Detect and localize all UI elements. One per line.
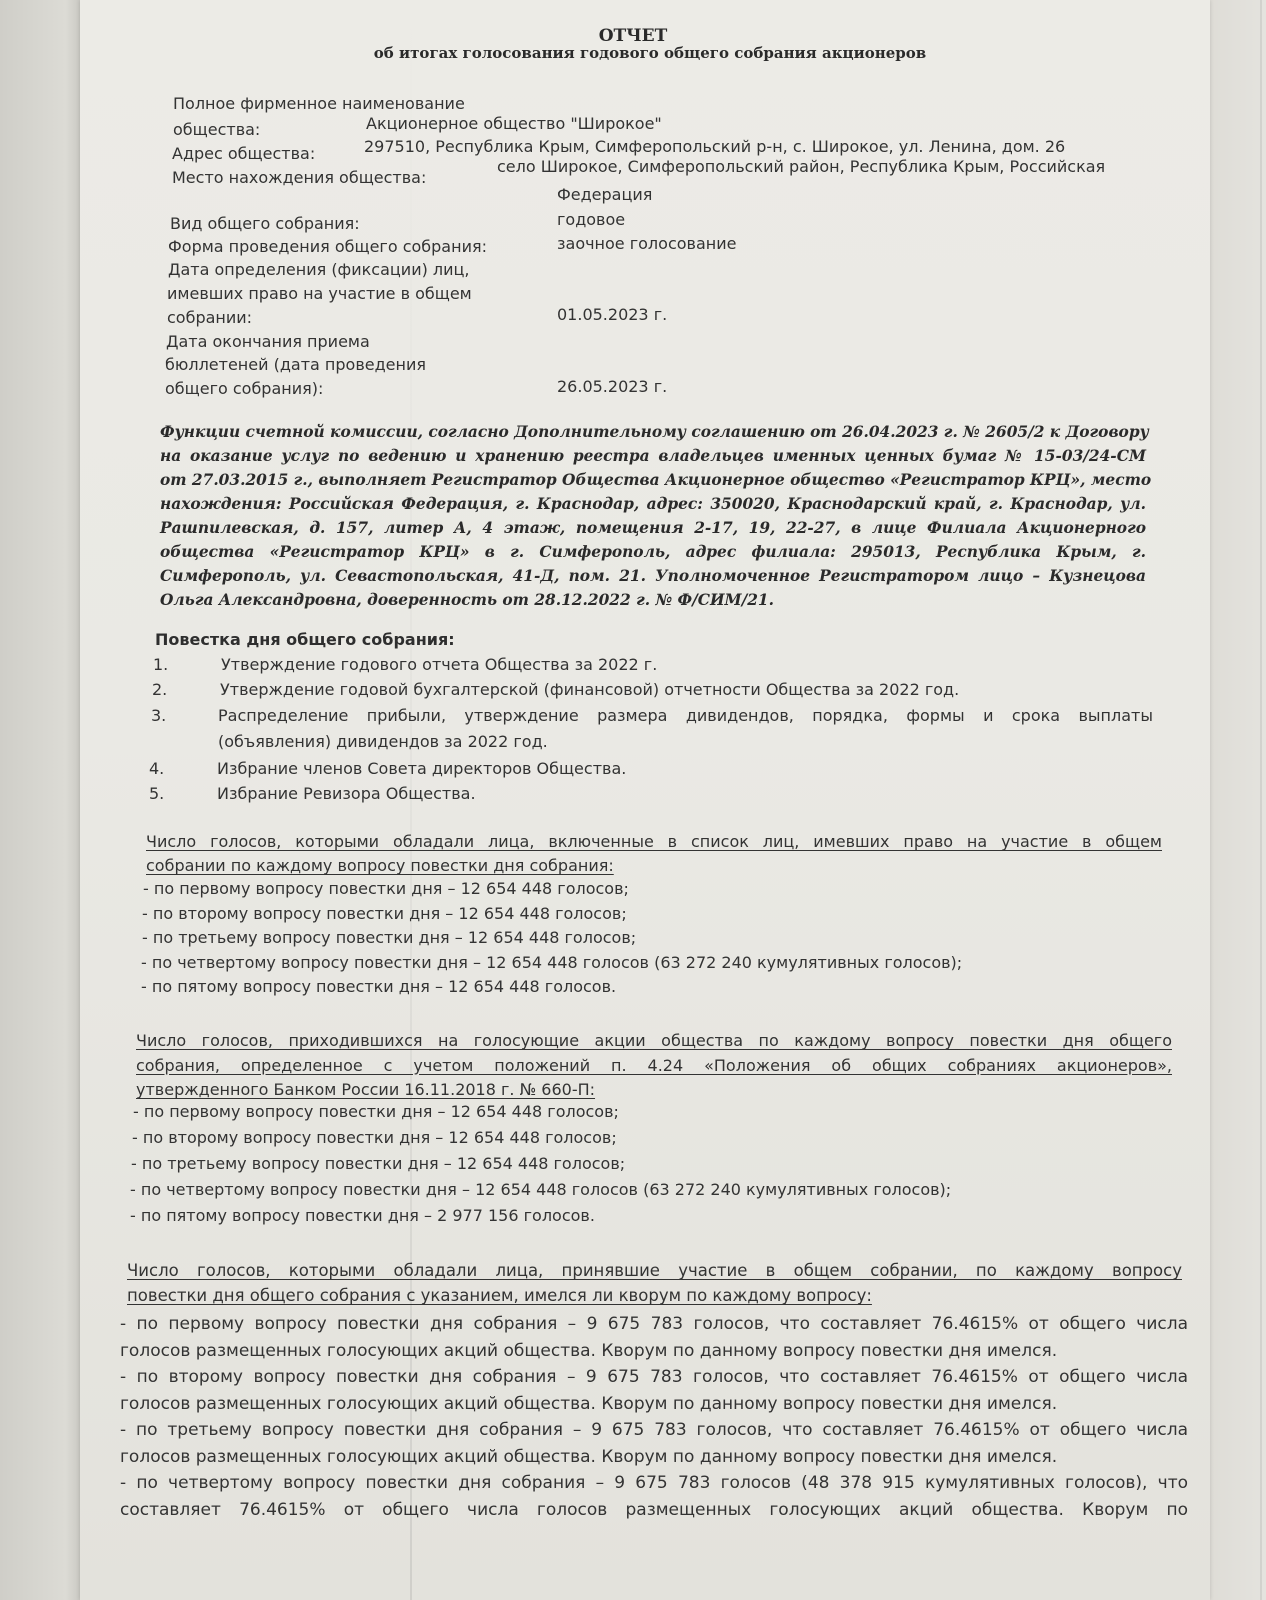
votes-eligible-item: - по пятому вопросу повестки дня – 12 65… [141, 977, 616, 996]
quorum-line: голосов размещенных голосующих акций общ… [120, 1391, 1188, 1418]
quorum-line: - по третьему вопросу повестки дня собра… [120, 1417, 1188, 1444]
votes-eligible-item: - по первому вопросу повестки дня – 12 6… [143, 879, 629, 898]
quorum-line: - по второму вопросу повестки дня собран… [120, 1364, 1188, 1391]
address-value: 297510, Республика Крым, Симферопольский… [364, 137, 1065, 156]
votes-voting-shares-item: - по четвертому вопросу повестки дня – 1… [130, 1180, 951, 1199]
document-title: ОТЧЕТ [0, 26, 1266, 46]
ballot-end-label-cont: бюллетеней (дата проведения [165, 355, 426, 374]
meeting-type-value: годовое [557, 210, 625, 229]
location-value-cont: Федерация [557, 185, 652, 204]
background-surface-right [1206, 0, 1266, 1600]
meeting-form-label: Форма проведения общего собрания: [168, 237, 487, 256]
address-label: Адрес общества: [172, 144, 315, 163]
votes-voting-shares-item: - по третьему вопросу повестки дня – 12 … [131, 1154, 625, 1173]
quorum-line: - по первому вопросу повестки дня собран… [120, 1311, 1188, 1338]
record-date-label: Дата определения (фиксации) лиц, [168, 260, 470, 279]
votes-voting-shares-heading: Число голосов, приходившихся на голосующ… [136, 1029, 1172, 1103]
ballot-end-label-cont: общего собрания): [165, 379, 323, 398]
full-name-label: Полное фирменное наименование [173, 94, 465, 113]
background-surface-left [0, 0, 82, 1600]
ballot-end-label: Дата окончания приема [166, 332, 370, 351]
votes-eligible-item: - по третьему вопросу повестки дня – 12 … [142, 928, 636, 947]
full-name-label-cont: общества: [173, 120, 260, 139]
votes-voting-shares-item: - по второму вопросу повестки дня – 12 6… [132, 1128, 617, 1147]
counting-commission-paragraph: Функции счетной комиссии, согласно Допол… [160, 420, 1146, 612]
votes-eligible-item: - по второму вопросу повестки дня – 12 6… [142, 904, 627, 923]
paper-fold [1260, 0, 1262, 1600]
ballot-end-value: 26.05.2023 г. [557, 377, 667, 396]
full-name-value: Акционерное общество "Широкое" [366, 114, 662, 133]
record-date-label-cont: собрании: [167, 308, 252, 327]
record-date-value: 01.05.2023 г. [557, 305, 667, 324]
quorum-line: голосов размещенных голосующих акций общ… [120, 1444, 1188, 1471]
quorum-line: голосов размещенных голосующих акций общ… [120, 1338, 1188, 1365]
meeting-form-value: заочное голосование [557, 234, 736, 253]
votes-participated-heading: Число голосов, которыми обладали лица, п… [127, 1258, 1182, 1308]
votes-eligible-item: - по четвертому вопросу повестки дня – 1… [141, 953, 962, 972]
location-label: Место нахождения общества: [172, 168, 426, 187]
quorum-details: - по первому вопросу повестки дня собран… [120, 1311, 1188, 1523]
quorum-line: составляет 76.4615% от общего числа голо… [120, 1497, 1188, 1524]
votes-eligible-heading: Число голосов, которыми обладали лица, в… [146, 830, 1162, 878]
location-value: село Широкое, Симферопольский район, Рес… [497, 157, 1105, 176]
agenda-heading: Повестка дня общего собрания: [155, 630, 455, 649]
votes-voting-shares-item: - по пятому вопросу повестки дня – 2 977… [130, 1206, 595, 1225]
meeting-type-label: Вид общего собрания: [170, 214, 360, 233]
quorum-line: - по четвертому вопросу повестки дня соб… [120, 1470, 1188, 1497]
record-date-label-cont: имевших право на участие в общем [167, 284, 472, 303]
document-subtitle: об итогах голосования годового общего со… [0, 44, 1266, 62]
votes-voting-shares-item: - по первому вопросу повестки дня – 12 6… [133, 1102, 619, 1121]
